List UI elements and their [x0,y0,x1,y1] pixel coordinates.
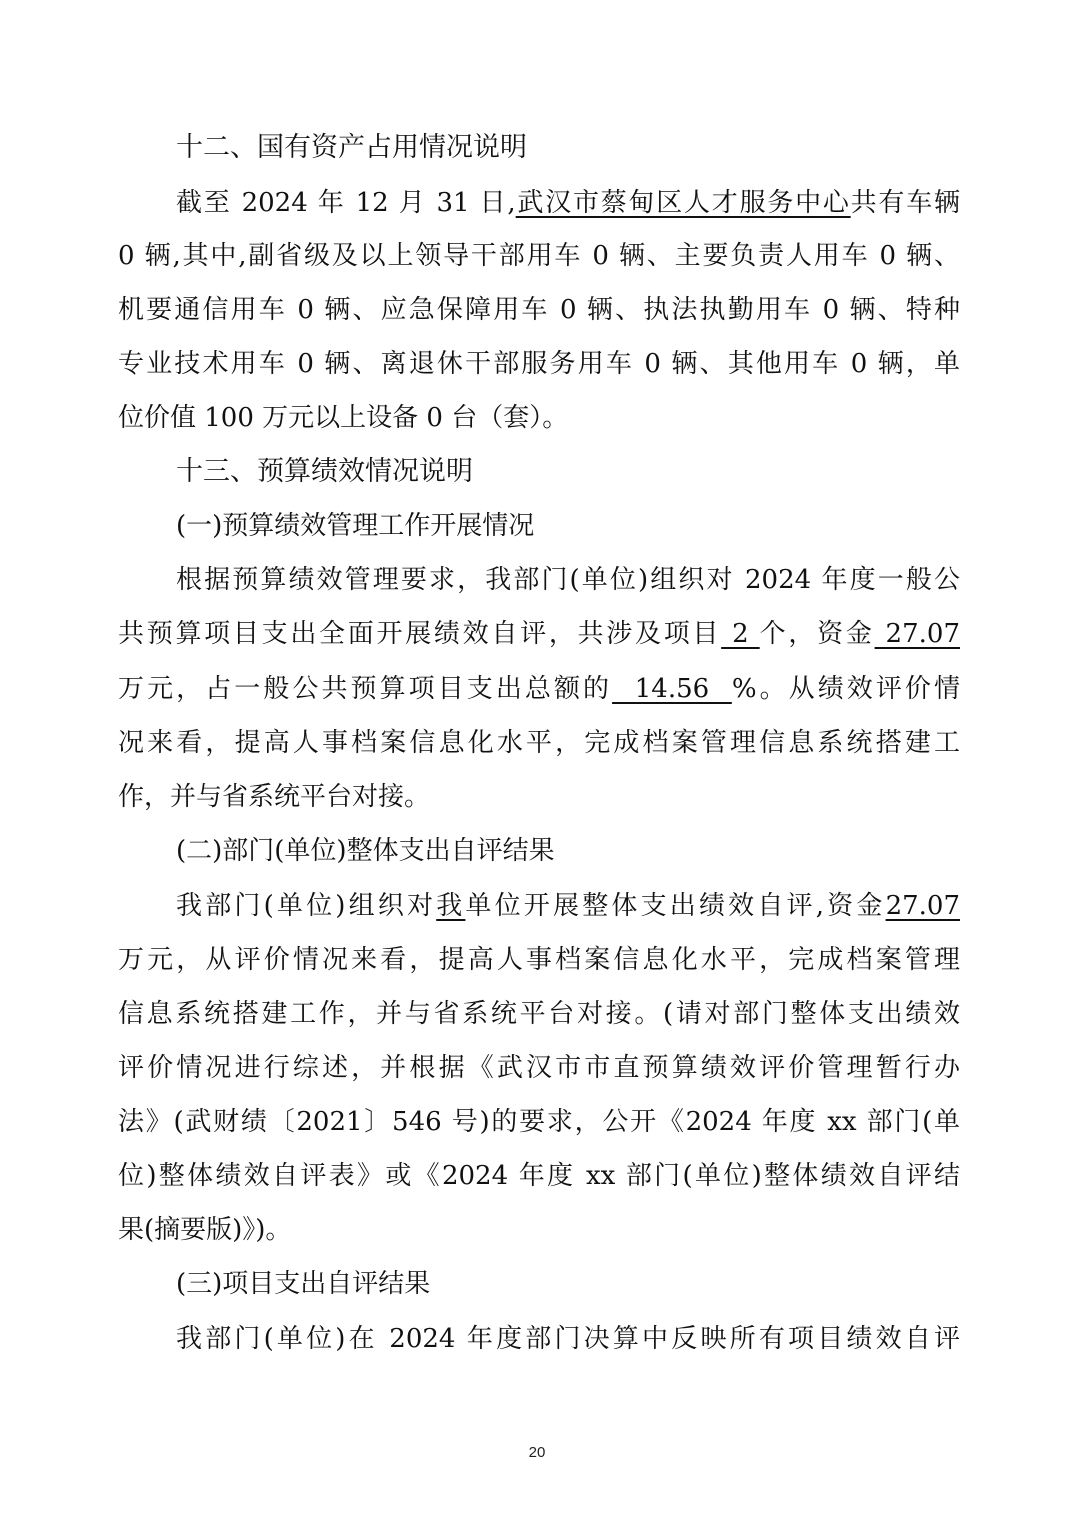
section-13-heading: 十三、预算绩效情况说明 [176,452,960,492]
section-12-heading: 十二、国有资产占用情况说明 [176,128,960,168]
paragraph-line: 法》(武财绩〔2021〕546 号)的要求，公开《2024 年度 xx 部门(单 [118,1102,960,1142]
paragraph-line: 作，并与省系统平台对接。 [118,777,960,817]
paragraph-line: 万元，占一般公共预算项目支出总额的 14.56 %。从绩效评价情 [118,669,960,709]
paragraph-line: 截至 2024 年 12 月 31 日,武汉市蔡甸区人才服务中心共有车辆 [176,183,960,223]
unit-ref: 我 [436,891,465,921]
paragraph-line: 机要通信用车 0 辆、应急保障用车 0 辆、执法执勤用车 0 辆、特种 [118,290,960,330]
paragraph-line: 万元，从评价情况来看，提高人事档案信息化水平，完成档案管理 [118,940,960,980]
subsection-3-heading: (三)项目支出自评结果 [176,1264,960,1304]
fund-amount: 27.07 [886,891,960,921]
text: 我部门(单位)组织对 [176,891,436,921]
paragraph-line: 我部门(单位)在 2024 年度部门决算中反映所有项目绩效自评 [176,1319,960,1359]
percentage: 14.56 [612,674,732,704]
subsection-2-heading: (二)部门(单位)整体支出自评结果 [176,831,960,871]
project-count: 2 [721,619,760,649]
paragraph-line: 位价值 100 万元以上设备 0 台（套）。 [118,398,960,438]
paragraph-line: 我部门(单位)组织对我单位开展整体支出绩效自评,资金27.07 [176,886,960,926]
paragraph-line: 共预算项目支出全面开展绩效自评，共涉及项目 2 个，资金 27.07 [118,614,960,654]
text: 个，资金 [760,619,875,649]
fund-amount: 27.07 [875,619,960,649]
unit-name: 武汉市蔡甸区人才服务中心 [516,188,851,218]
paragraph-line: 信息系统搭建工作，并与省系统平台对接。(请对部门整体支出绩效 [118,994,960,1034]
text: 共预算项目支出全面开展绩效自评，共涉及项目 [118,619,721,649]
subsection-1-heading: (一)预算绩效管理工作开展情况 [176,506,960,546]
paragraph-line: 位)整体绩效自评表》或《2024 年度 xx 部门(单位)整体绩效自评结 [118,1156,960,1196]
paragraph-line: 评价情况进行综述，并根据《武汉市市直预算绩效评价管理暂行办 [118,1048,960,1088]
paragraph-line: 根据预算绩效管理要求，我部门(单位)组织对 2024 年度一般公 [176,560,960,600]
text: 万元，占一般公共预算项目支出总额的 [118,674,612,704]
text: 共有车辆 [851,188,960,218]
paragraph-line: 果(摘要版)》)。 [118,1210,960,1250]
paragraph-line: 况来看，提高人事档案信息化水平，完成档案管理信息系统搭建工 [118,723,960,763]
paragraph-line: 专业技术用车 0 辆、离退休干部服务用车 0 辆、其他用车 0 辆，单 [118,344,960,384]
page-number: 20 [0,1444,1074,1461]
text: 单位开展整体支出绩效自评,资金 [465,891,885,921]
paragraph-line: 0 辆,其中,副省级及以上领导干部用车 0 辆、主要负责人用车 0 辆、 [118,236,960,276]
text: 截至 2024 年 12 月 31 日, [176,188,516,218]
text: %。从绩效评价情 [732,674,960,704]
